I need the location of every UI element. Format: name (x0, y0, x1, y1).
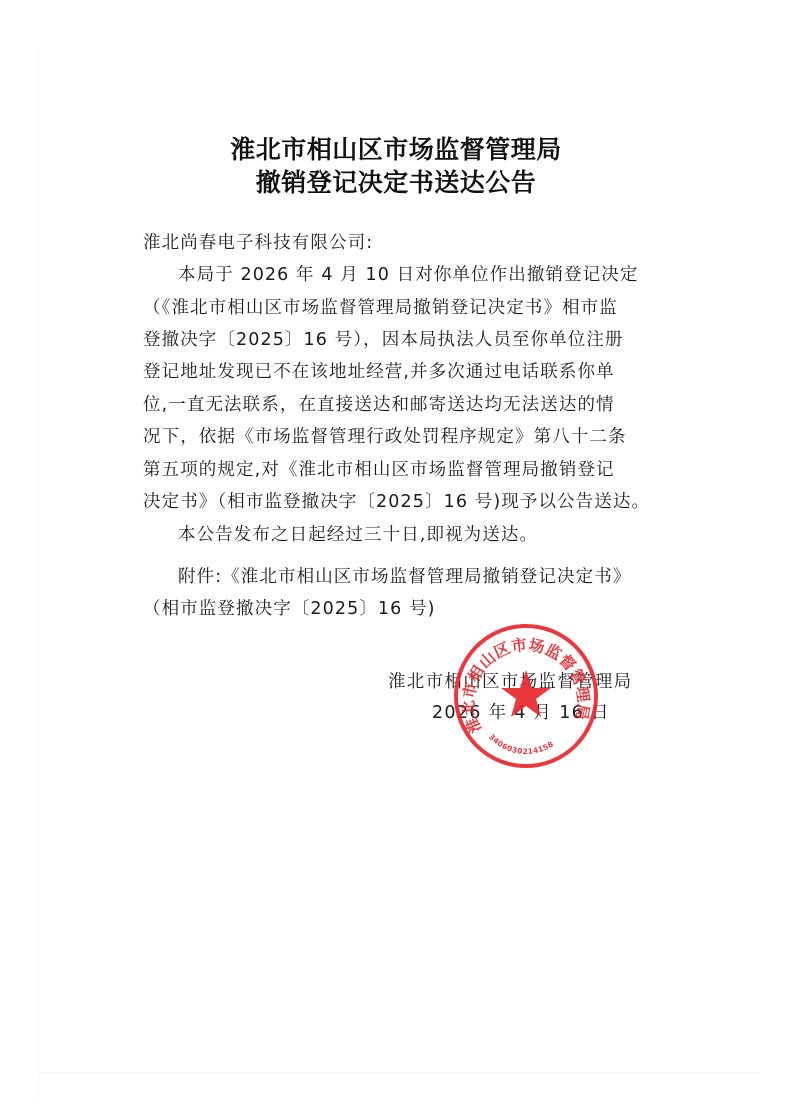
body-line-4: 登记地址发现已不在该地址经营,并多次通过电话联系你单 (143, 358, 615, 383)
body-line-3: 登撤决字〔2025〕16 号），因本局执法人员至你单位注册 (143, 326, 624, 351)
page-border-bottom (38, 1072, 758, 1073)
body-line-8: 决定书》（相市监登撤决字〔2025〕16 号)现予以公告送达。 (143, 488, 650, 513)
body-line-9: 本公告发布之日起经过三十日,即视为送达。 (178, 521, 538, 546)
body-line-2: （《淮北市相山区市场监督管理局撤销登记决定书》相市监 (143, 294, 618, 319)
attachment-line-1: 附件:《淮北市相山区市场监督管理局撤销登记决定书》 (178, 563, 631, 588)
document-title-line-1: 淮北市相山区市场监督管理局 (0, 130, 792, 166)
body-line-1: 本局于 2026 年 4 月 10 日对你单位作出撤销登记决定 (178, 261, 638, 286)
body-line-6: 况下，依据《市场监督管理行政处罚程序规定》第八十二条 (143, 423, 627, 448)
attachment-line-2: （相市监登撤决字〔2025〕16 号) (143, 595, 436, 620)
body-line-7: 第五项的规定,对《淮北市相山区市场监督管理局撤销登记 (143, 456, 615, 481)
addressee: 淮北尚春电子科技有限公司: (143, 229, 373, 254)
body-line-5: 位,一直无法联系，在直接送达和邮寄送达均无法送达的情 (143, 391, 615, 416)
seal-icon: 淮北市相山区市场监督管理局 3406030214158 (452, 622, 600, 770)
page-border-left (38, 48, 39, 1098)
document-title-line-2: 撤销登记决定书送达公告 (0, 163, 792, 199)
svg-text:3406030214158: 3406030214158 (487, 732, 555, 756)
official-seal: 淮北市相山区市场监督管理局 3406030214158 (452, 622, 600, 770)
